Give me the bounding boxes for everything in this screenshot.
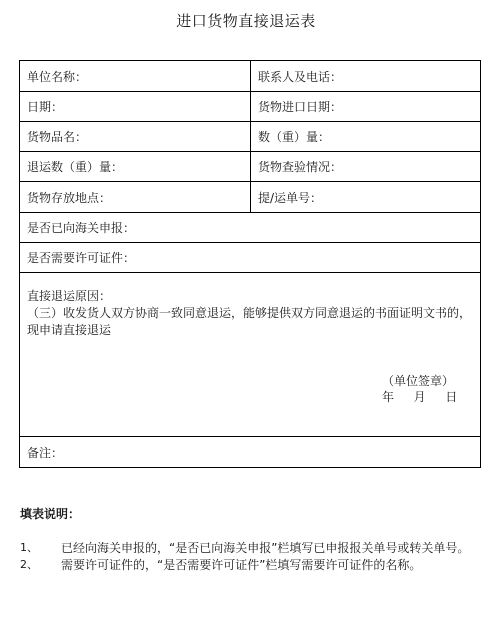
signature-date: 年 月 日 xyxy=(382,389,457,405)
return-reason-field[interactable]: 直接退运原因： （三）收发货人双方协商一致同意退运，能够提供双方同意退运的书面证… xyxy=(20,273,481,437)
inspection-status-field[interactable]: 货物查验情况： xyxy=(251,152,481,182)
goods-name-field[interactable]: 货物品名： xyxy=(20,122,251,152)
form-row: 直接退运原因： （三）收发货人双方协商一致同意退运，能够提供双方同意退运的书面证… xyxy=(20,273,481,437)
declared-customs-field[interactable]: 是否已向海关申报： xyxy=(20,213,481,243)
storage-location-field[interactable]: 货物存放地点： xyxy=(20,182,251,213)
reason-label: 直接退运原因： xyxy=(27,288,480,305)
document-title: 进口货物直接退运表 xyxy=(0,10,492,31)
instruction-number: 2、 xyxy=(20,557,61,573)
instruction-item: 2、 需要许可证件的，“是否需要许可证件”栏填写需要许可证件的名称。 xyxy=(20,557,480,573)
date-field[interactable]: 日期： xyxy=(20,92,251,122)
form-row: 退运数（重）量： 货物查验情况： xyxy=(20,152,481,182)
instruction-number: 1、 xyxy=(20,540,61,556)
instruction-text: 已经向海关申报的，“是否已向海关申报”栏填写已申报报关单号或转关单号。 xyxy=(61,540,480,556)
instruction-item: 1、 已经向海关申报的，“是否已向海关申报”栏填写已申报报关单号或转关单号。 xyxy=(20,540,480,556)
form-row: 货物品名： 数（重）量： xyxy=(20,122,481,152)
quantity-weight-field[interactable]: 数（重）量： xyxy=(251,122,481,152)
return-quantity-field[interactable]: 退运数（重）量： xyxy=(20,152,251,182)
form-row: 是否已向海关申报： xyxy=(20,213,481,243)
instruction-text: 需要许可证件的，“是否需要许可证件”栏填写需要许可证件的名称。 xyxy=(61,557,480,573)
signature-block: （单位签章） 年 月 日 xyxy=(382,373,457,405)
instructions-title: 填表说明： xyxy=(20,505,480,522)
form-row: 是否需要许可证件： xyxy=(20,243,481,273)
company-seal-label: （单位签章） xyxy=(382,373,457,389)
bill-of-lading-field[interactable]: 提/运单号： xyxy=(251,182,481,213)
import-date-field[interactable]: 货物进口日期： xyxy=(251,92,481,122)
day-label: 日 xyxy=(445,389,457,405)
reason-text: （三）收发货人双方协商一致同意退运，能够提供双方同意退运的书面证明文书的，现申请… xyxy=(27,305,480,339)
company-name-field[interactable]: 单位名称： xyxy=(20,61,251,92)
form-row: 单位名称： 联系人及电话： xyxy=(20,61,481,92)
form-row: 货物存放地点： 提/运单号： xyxy=(20,182,481,213)
month-label: 月 xyxy=(414,389,426,405)
contact-phone-field[interactable]: 联系人及电话： xyxy=(251,61,481,92)
remarks-field[interactable]: 备注： xyxy=(20,437,481,468)
form-row: 日期： 货物进口日期： xyxy=(20,92,481,122)
form-row: 备注： xyxy=(20,437,481,468)
instructions-section: 填表说明： 1、 已经向海关申报的，“是否已向海关申报”栏填写已申报报关单号或转… xyxy=(20,505,480,574)
return-goods-form: 单位名称： 联系人及电话： 日期： 货物进口日期： 货物品名： 数（重）量： 退… xyxy=(19,60,481,468)
year-label: 年 xyxy=(382,389,394,405)
license-required-field[interactable]: 是否需要许可证件： xyxy=(20,243,481,273)
